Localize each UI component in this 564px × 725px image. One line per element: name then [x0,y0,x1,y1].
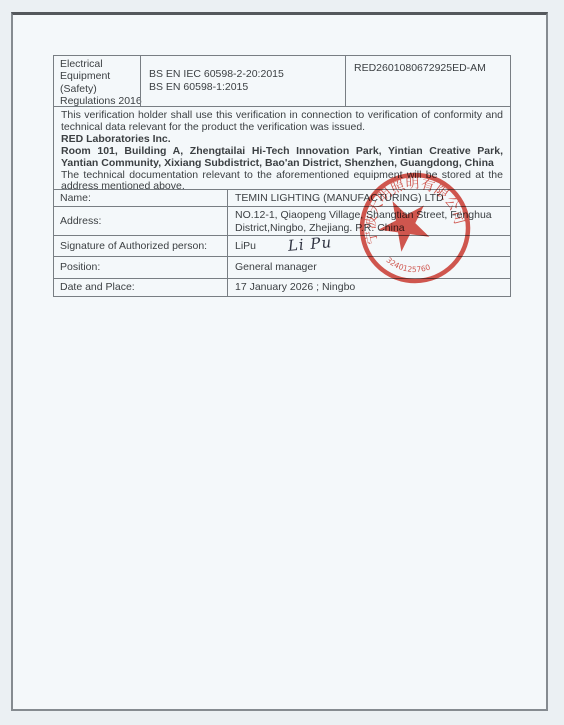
table-row-date: Date and Place: 17 January 2026 ; Ningbo [54,278,510,296]
position-label: Position: [54,257,227,278]
regulation-line: (Safety) [60,83,137,95]
address-value: NO.12-1, Qiaopeng Village, Shangtian Str… [227,207,510,235]
header-row: Electrical Equipment (Safety) Regulation… [54,56,510,106]
table-row-address: Address: NO.12-1, Qiaopeng Village, Shan… [54,206,510,235]
table-row-signature: Signature of Authorized person: LiPu Li … [54,235,510,256]
certificate-number: RED2601080672925ED-AM [345,56,510,106]
signature-value: LiPu Li Pu [227,236,510,256]
date-label: Date and Place: [54,279,227,296]
signature-label: Signature of Authorized person: [54,236,227,256]
date-value: 17 January 2026 ; Ningbo [227,279,510,296]
standard-line: BS EN IEC 60598-2-20:2015 [149,68,345,81]
table-row-name: Name: TEMIN LIGHTING (MANUFACTURING) LTD [54,189,510,206]
lab-address: Room 101, Building A, Zhengtailai Hi-Tec… [61,146,503,170]
regulation-line: Equipment [60,70,137,82]
certificate-table: Electrical Equipment (Safety) Regulation… [53,55,511,297]
lab-name: RED Laboratories Inc. [61,134,503,146]
regulation-line: Regulations 2016 [60,95,137,107]
scanned-certificate-page: Electrical Equipment (Safety) Regulation… [0,0,564,725]
handwritten-signature: Li Pu [287,236,332,252]
statement-row: This verification holder shall use this … [54,106,510,189]
standards-cell: BS EN IEC 60598-2-20:2015 BS EN 60598-1:… [140,56,345,106]
regulation-cell: Electrical Equipment (Safety) Regulation… [54,56,140,106]
position-value: General manager [227,257,510,278]
name-value: TEMIN LIGHTING (MANUFACTURING) LTD [227,190,510,206]
signature-printed: LiPu [235,240,256,252]
standard-line: BS EN 60598-1:2015 [149,81,345,94]
table-row-position: Position: General manager [54,256,510,278]
name-label: Name: [54,190,227,206]
statement-intro: This verification holder shall use this … [61,110,503,134]
statement-cell: This verification holder shall use this … [54,107,510,189]
regulation-line: Electrical [60,58,137,70]
address-label: Address: [54,207,227,235]
